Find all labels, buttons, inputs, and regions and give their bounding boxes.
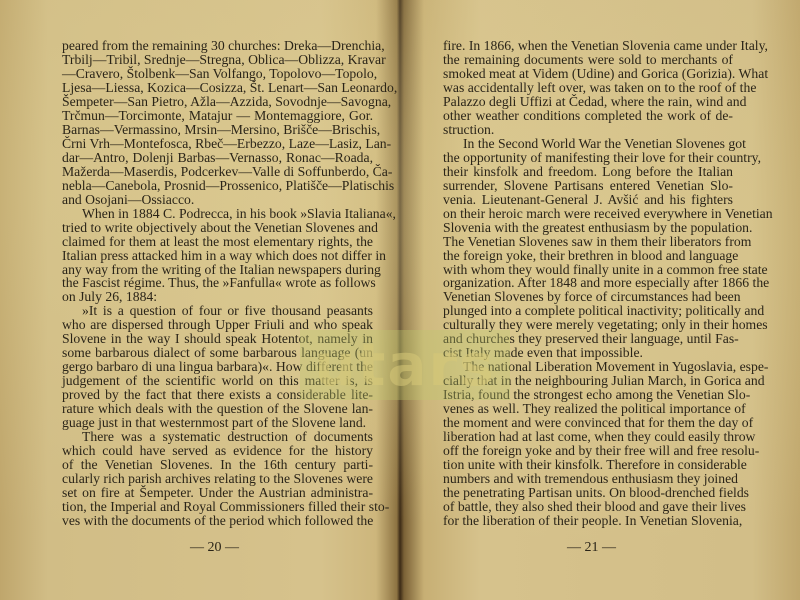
text-line: venia. Lieutenant-General J. Avšić and h… <box>443 193 733 207</box>
text-line: Venetian Slovenes by force of circumstan… <box>443 290 733 304</box>
text-line: claimed for them at least the most eleme… <box>62 235 373 249</box>
text-line: Trčmun—Torcimonte, Matajur — Montemaggio… <box>62 109 373 123</box>
text-line: Šempeter—San Pietro, Ažla—Azzida, Sovodn… <box>62 95 373 109</box>
text-line: any way from the writing of the Italian … <box>62 263 373 277</box>
text-line: set on fire at Šempeter. Under the Austr… <box>62 486 373 500</box>
text-line: the opportunity of manifesting their lov… <box>443 151 733 165</box>
text-line: Ljesa—Liessa, Kozica—Cosizza, Št. Lenart… <box>62 81 373 95</box>
right-page-text: fire. In 1866, when the Venetian Sloveni… <box>443 39 733 528</box>
text-line: on July 26, 1884: <box>62 290 373 304</box>
book-spread: peared from the remaining 30 churches: D… <box>0 0 800 600</box>
text-line: There was a systematic destruction of do… <box>62 430 373 444</box>
text-line: Barnas—Vermassino, Mrsin—Mersino, Brišče… <box>62 123 373 137</box>
text-line: Palazzo degli Uffizi at Čedad, where the… <box>443 95 733 109</box>
watermark: utars <box>300 330 510 400</box>
text-line: the penetrating Partisan units. On blood… <box>443 486 733 500</box>
text-line: Italian press attacked him in a way whic… <box>62 249 373 263</box>
text-line: Slovenia with the greatest enthusiasm by… <box>443 221 733 235</box>
text-line: cularly rich parish archives relating to… <box>62 472 373 486</box>
left-page: peared from the remaining 30 churches: D… <box>0 0 398 600</box>
text-line: tion unite with their kinsfolk. Therefor… <box>443 458 733 472</box>
text-line: struction. <box>443 123 733 137</box>
text-line: and Osojani—Ossiacco. <box>62 193 373 207</box>
text-line: which could have served as evidence for … <box>62 444 373 458</box>
text-line: —Cravero, Štolbenk—San Volfango, Topolov… <box>62 67 373 81</box>
text-line: Črni Vrh—Montefosca, Rbeč—Erbezzo, Laze—… <box>62 137 373 151</box>
text-line: other weather conditions completed the w… <box>443 109 733 123</box>
text-line: When in 1884 C. Podrecca, in his book »S… <box>62 207 373 221</box>
text-line: smoked meat at Videm (Udine) and Gorica … <box>443 67 733 81</box>
text-line: the moment and were convinced that for t… <box>443 416 733 430</box>
page-number-right: — 21 — <box>567 540 616 556</box>
text-line: The Venetian Slovenes saw in them their … <box>443 235 733 249</box>
text-line: Trbilj—Tribil, Srednje—Stregna, Oblica—O… <box>62 53 373 67</box>
text-line: the Fascist régime. Thus, the »Fanfulla«… <box>62 276 373 290</box>
text-line: the foreign yoke, their brethren in bloo… <box>443 249 733 263</box>
text-line: numbers and with tremendous enthusiasm t… <box>443 472 733 486</box>
text-line: Mažerda—Maserdis, Podcerkev—Valle di Sof… <box>62 165 373 179</box>
right-page: fire. In 1866, when the Venetian Sloveni… <box>402 0 800 600</box>
text-line: fire. In 1866, when the Venetian Sloveni… <box>443 39 733 53</box>
text-line: was accidentally left over, was taken on… <box>443 81 733 95</box>
text-line: guage just in that westernmost part of t… <box>62 416 373 430</box>
text-line: tion, the Imperial and Royal Commissione… <box>62 500 373 514</box>
text-line: on their heroic march were received ever… <box>443 207 733 221</box>
text-line: peared from the remaining 30 churches: D… <box>62 39 373 53</box>
text-line: plunged into a complete political inacti… <box>443 304 733 318</box>
text-line: venes as well. They realized the politic… <box>443 402 733 416</box>
text-line: nebla—Canebola, Prosnid—Prossenico, Plat… <box>62 179 373 193</box>
text-line: rature which deals with the question of … <box>62 402 373 416</box>
text-line: with whom they would finally unite in a … <box>443 263 733 277</box>
text-line: for the liberation of their people. In V… <box>443 514 733 528</box>
text-line: organization. After 1848 and more especi… <box>443 276 733 290</box>
text-line: of the Venetian Slovenes. In the 16th ce… <box>62 458 373 472</box>
text-line: ves with the documents of the period whi… <box>62 514 373 528</box>
text-line: surrender, Slovene Partisans entered Ven… <box>443 179 733 193</box>
text-line: »It is a question of four or five thousa… <box>62 304 373 318</box>
text-line: dar—Antro, Dolenji Barbas—Vernasso, Rona… <box>62 151 373 165</box>
left-page-text: peared from the remaining 30 churches: D… <box>62 39 373 528</box>
text-line: liberation had at last come, when they c… <box>443 430 733 444</box>
text-line: off the foreign yoke and by their free w… <box>443 444 733 458</box>
text-line: In the Second World War the Venetian Slo… <box>443 137 733 151</box>
text-line: tried to write objectively about the Ven… <box>62 221 373 235</box>
text-line: their kinsfolk and freedom. Long before … <box>443 165 733 179</box>
text-line: of battle, they also shed their blood an… <box>443 500 733 514</box>
page-number-left: — 20 — <box>190 540 239 556</box>
text-line: the remaining documents were sold to mer… <box>443 53 733 67</box>
